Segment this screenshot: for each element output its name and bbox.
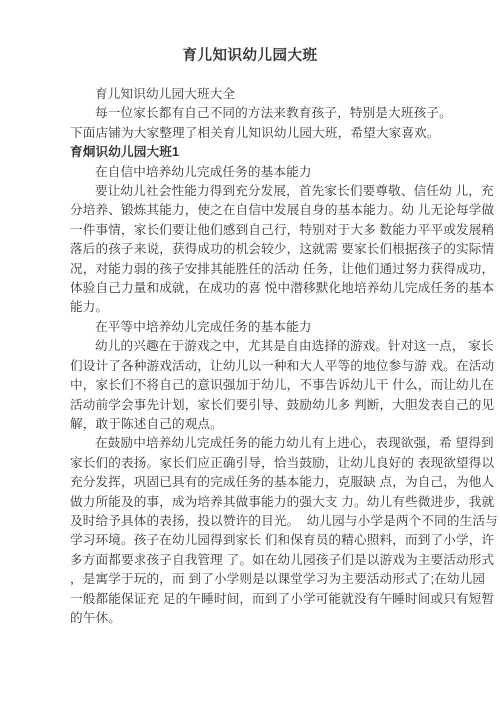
text-line: 解，敢于陈述自己的观点。 bbox=[70, 415, 436, 434]
text-line: 多方面都要求孩子自我管理 了。如在幼儿园孩子们是以游戏为主要活动形式 bbox=[70, 551, 436, 570]
text-line: 做力所能及的事，成为培养其做事能力的强大支 力。幼儿有些微进步，我就 bbox=[70, 493, 436, 512]
document-page: 育儿知识幼儿园大班 育儿知识幼儿园大班大全每一位家长都有自己不同的方法来教育孩子… bbox=[0, 0, 500, 707]
text-line: 充分发挥，巩固已具有的完成任务的基本能力，克服缺 点，为自己，为他人 bbox=[70, 473, 436, 492]
text-line: 的午休。 bbox=[70, 609, 436, 628]
section-heading: 育炯识幼儿园大班1 bbox=[70, 143, 436, 162]
text-line: ，是寓学于玩的，而 到了小学则是以课堂学习为主要活动形式了;在幼儿园 bbox=[70, 570, 436, 589]
text-line: 下面店铺为大家整理了相关育儿知识幼儿园大班，希望大家喜欢。 bbox=[70, 124, 436, 143]
text-line: 在自信中培养幼儿完成任务的基本能力 bbox=[70, 163, 436, 182]
text-line: 幼儿的兴趣在于游戏之中，尤其是自由选择的游戏。针对这一点， 家长 bbox=[70, 337, 436, 356]
text-line: 体验自己力量和成就，在成功的喜 悦中潜移默化地培养幼儿完成任务的基本 bbox=[70, 279, 436, 298]
text-line: 育儿知识幼儿园大班大全 bbox=[70, 85, 436, 104]
text-line: 分培养、锻炼其能力，使之在自信中发展自身的基本能力。幼 儿无论每学做 bbox=[70, 201, 436, 220]
text-line: 能力。 bbox=[70, 298, 436, 317]
text-line: 及时给予具体的表扬，投以赞许的目光。 幼儿园与小学是两个不同的生活与 bbox=[70, 512, 436, 531]
text-line: 活动前学会事先计划，家长们要引导、鼓励幼儿多 判断，大胆发表自己的见 bbox=[70, 396, 436, 415]
text-line: 一般都能保证充 足的午睡时间，而到了小学可能就没有午睡时间或只有短暂 bbox=[70, 590, 436, 609]
text-line: 在鼓励中培养幼儿完成任务的能力幼儿有上进心，表现欲强，希 望得到 bbox=[70, 434, 436, 453]
document-title: 育儿知识幼儿园大班 bbox=[0, 0, 500, 66]
text-line: 中，家长们不将自己的意识强加于幼儿，不事告诉幼儿干 什么，而让幼儿在 bbox=[70, 376, 436, 395]
text-line: 一件事情，家长们要让他们感到自己行，特别对于大多 数能力平平或发展稍 bbox=[70, 221, 436, 240]
document-body: 育儿知识幼儿园大班大全每一位家长都有自己不同的方法来教育孩子，特别是大班孩子。下… bbox=[70, 85, 436, 628]
text-line: 们设计了各种游戏活动，让幼儿以一种和大人平等的地位参与游 戏。在活动 bbox=[70, 357, 436, 376]
text-line: 每一位家长都有自己不同的方法来教育孩子，特别是大班孩子。 bbox=[70, 104, 436, 123]
text-line: 家长们的表扬。家长们应正确引导，恰当鼓励，让幼儿良好的 表现欲望得以 bbox=[70, 454, 436, 473]
text-line: 要让幼儿社会性能力得到充分发展，首先家长们要尊敬、信任幼 儿，充 bbox=[70, 182, 436, 201]
text-line: 落后的孩子来说，获得成功的机会较少，这就需 要家长们根据孩子的实际情 bbox=[70, 240, 436, 259]
text-line: 在平等中培养幼儿完成任务的基本能力 bbox=[70, 318, 436, 337]
text-line: 学习环境。孩子在幼儿园得到家长 们和保育员的精心照料，而到了小学，许 bbox=[70, 531, 436, 550]
text-line: 况，对能力弱的孩子安排其能胜任的活动 任务，让他们通过努力获得成功， bbox=[70, 260, 436, 279]
